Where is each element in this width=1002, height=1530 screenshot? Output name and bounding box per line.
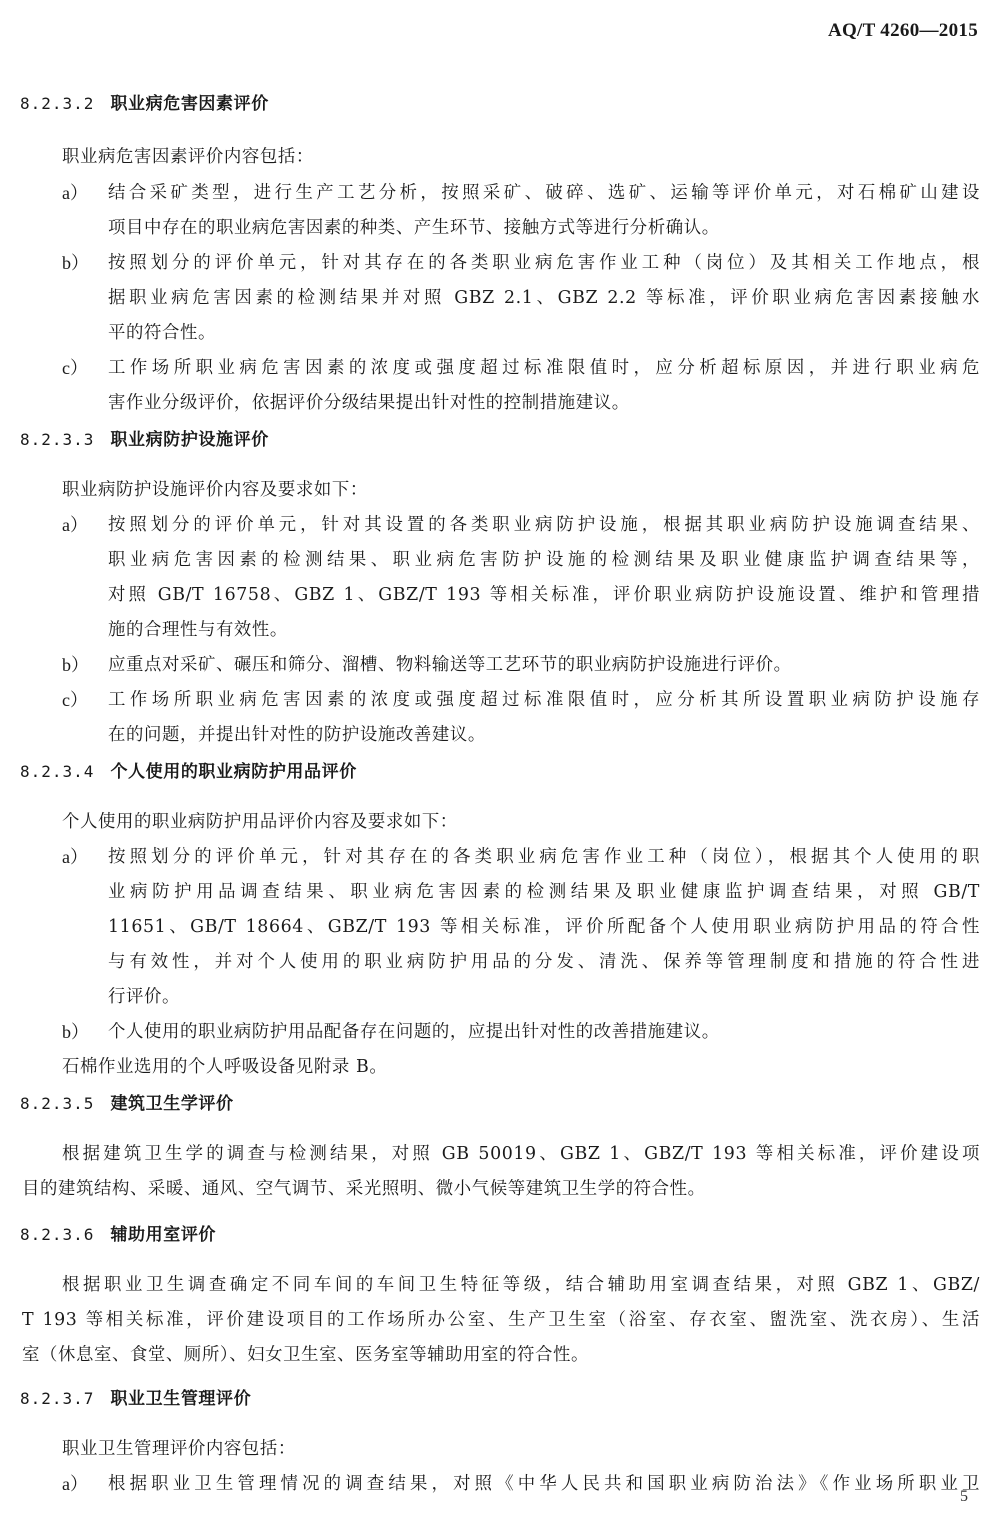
list-item-line: 平的符合性。	[108, 321, 216, 345]
list-item-line: 工作场所职业病危害因素的浓度或强度超过标准限值时，应分析超标原因，并进行职业病危	[108, 356, 980, 380]
list-label: c）	[62, 356, 88, 380]
page-number: 5	[960, 1488, 968, 1506]
list-item-line: 行评价。	[108, 985, 180, 1009]
list-item-line: 按照划分的评价单元，针对其存在的各类职业病危害作业工种（岗位），根据其个人使用的…	[108, 845, 980, 869]
list-item-line: 据职业病危害因素的检测结果并对照 GBZ 2.1、GBZ 2.2 等标准，评价职…	[108, 286, 980, 310]
section-intro: 职业病防护设施评价内容及要求如下：	[62, 478, 368, 502]
paragraph-line: 室（休息室、食堂、厕所）、妇女卫生室、医务室等辅助用室的符合性。	[22, 1343, 589, 1367]
list-label: b）	[62, 1020, 89, 1044]
list-item-line: 按照划分的评价单元，针对其设置的各类职业病防护设施，根据其职业病防护设施调查结果…	[108, 513, 980, 537]
list-item-line: 职业病危害因素的检测结果、职业病危害防护设施的检测结果及职业健康监护调查结果等，	[108, 548, 980, 572]
list-item-line: 项目中存在的职业病危害因素的种类、产生环节、接触方式等进行分析确认。	[108, 216, 720, 240]
list-item-line: 工作场所职业病危害因素的浓度或强度超过标准限值时，应分析其所设置职业病防护设施存	[108, 688, 980, 712]
section-number: 8.2.3.5	[20, 1094, 94, 1113]
section-title: 个人使用的职业病防护用品评价	[110, 762, 356, 782]
list-label: a）	[62, 513, 88, 537]
section-note: 石棉作业选用的个人呼吸设备见附录 B。	[62, 1055, 387, 1079]
list-item-line: 应重点对采矿、碾压和筛分、溜槽、物料输送等工艺环节的职业病防护设施进行评价。	[108, 653, 792, 677]
list-item-line: 业病防护用品调查结果、职业病危害因素的检测结果及职业健康监护调查结果，对照 GB…	[108, 880, 980, 904]
section-number: 8.2.3.4	[20, 762, 94, 781]
list-label: b）	[62, 653, 89, 677]
list-label: a）	[62, 181, 88, 205]
section-heading: 8.2.3.6辅助用室评价	[20, 1223, 216, 1247]
section-heading: 8.2.3.3职业病防护设施评价	[20, 428, 269, 452]
list-label: a）	[62, 1472, 88, 1496]
section-title: 职业病防护设施评价	[110, 430, 268, 450]
list-item-line: 11651、GB/T 18664、GBZ/T 193 等相关标准，评价所配备个人…	[108, 915, 980, 939]
list-label: c）	[62, 688, 88, 712]
section-title: 职业病危害因素评价	[110, 94, 268, 114]
paragraph-line: 根据职业卫生调查确定不同车间的车间卫生特征等级，结合辅助用室调查结果，对照 GB…	[62, 1273, 980, 1297]
page-header-code: AQ/T 4260—2015	[828, 20, 978, 42]
list-item-line: 结合采矿类型，进行生产工艺分析，按照采矿、破碎、选矿、运输等评价单元，对石棉矿山…	[108, 181, 980, 205]
paragraph-line: T 193 等相关标准，评价建设项目的工作场所办公室、生产卫生室（浴室、存衣室、…	[22, 1308, 980, 1332]
list-item-line: 害作业分级评价，依据评价分级结果提出针对性的控制措施建议。	[108, 391, 630, 415]
paragraph-line: 目的建筑结构、采暖、通风、空气调节、采光照明、微小气候等建筑卫生学的符合性。	[22, 1177, 706, 1201]
section-intro: 职业病危害因素评价内容包括：	[62, 145, 314, 169]
section-title: 建筑卫生学评价	[110, 1094, 233, 1114]
list-item-line: 根据职业卫生管理情况的调查结果，对照《中华人民共和国职业病防治法》《作业场所职业…	[108, 1472, 980, 1496]
list-item-line: 按照划分的评价单元，针对其存在的各类职业病危害作业工种（岗位）及其相关工作地点，…	[108, 251, 980, 275]
section-heading: 8.2.3.7职业卫生管理评价	[20, 1387, 251, 1411]
list-item-line: 施的合理性与有效性。	[108, 618, 288, 642]
section-intro: 个人使用的职业病防护用品评价内容及要求如下：	[62, 810, 458, 834]
section-number: 8.2.3.6	[20, 1225, 94, 1244]
list-label: a）	[62, 845, 88, 869]
section-title: 辅助用室评价	[110, 1225, 216, 1245]
list-item-line: 对照 GB/T 16758、GBZ 1、GBZ/T 193 等相关标准，评价职业…	[108, 583, 980, 607]
list-item-line: 与有效性，并对个人使用的职业病防护用品的分发、清洗、保养等管理制度和措施的符合性…	[108, 950, 980, 974]
section-heading: 8.2.3.2职业病危害因素评价	[20, 92, 269, 116]
list-item-line: 在的问题，并提出针对性的防护设施改善建议。	[108, 723, 486, 747]
list-label: b）	[62, 251, 89, 275]
section-number: 8.2.3.3	[20, 430, 94, 449]
section-title: 职业卫生管理评价	[110, 1389, 251, 1409]
paragraph-line: 根据建筑卫生学的调查与检测结果，对照 GB 50019、GBZ 1、GBZ/T …	[62, 1142, 980, 1166]
section-heading: 8.2.3.4个人使用的职业病防护用品评价	[20, 760, 357, 784]
section-heading: 8.2.3.5建筑卫生学评价	[20, 1092, 234, 1116]
list-item-line: 个人使用的职业病防护用品配备存在问题的，应提出针对性的改善措施建议。	[108, 1020, 720, 1044]
section-number: 8.2.3.7	[20, 1389, 94, 1408]
section-number: 8.2.3.2	[20, 94, 94, 113]
section-intro: 职业卫生管理评价内容包括：	[62, 1437, 296, 1461]
